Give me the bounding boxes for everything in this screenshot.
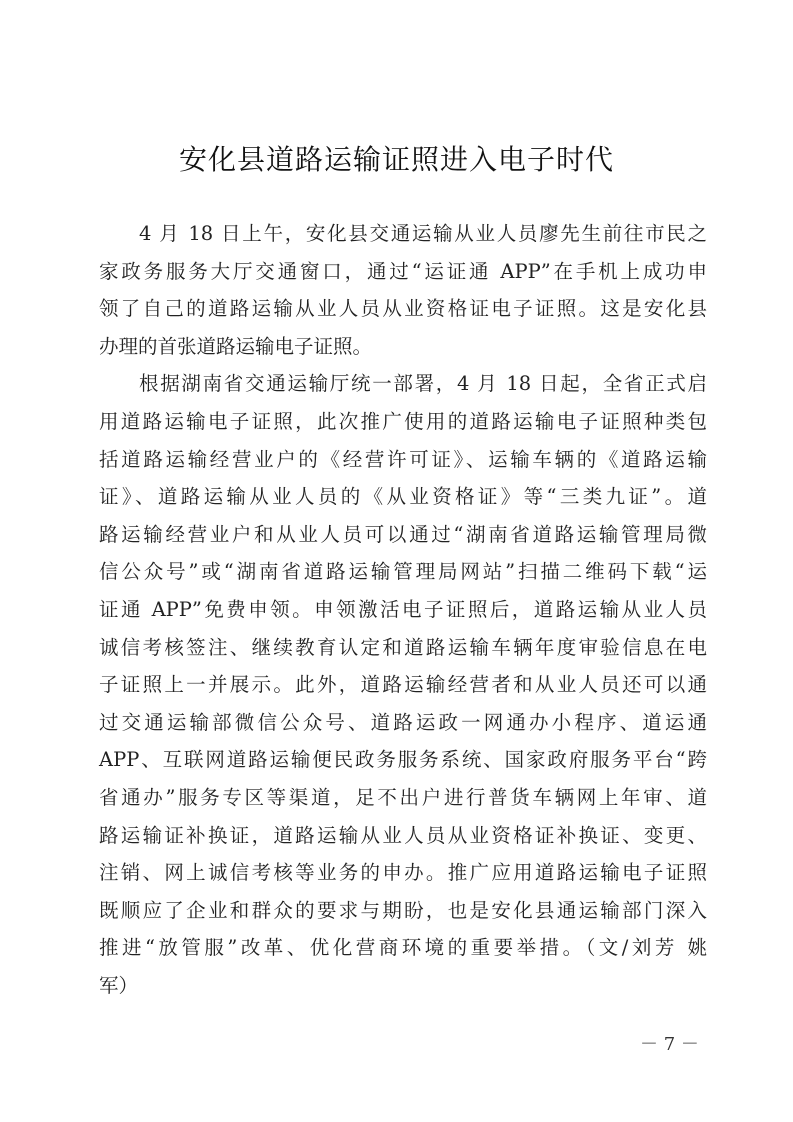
text-line: 证》、道路运输从业人员的《从业资格证》等“三类九证”。道 <box>99 478 707 516</box>
article-body: 4 月 18 日上午，安化县交通运输从业人员廖先生前往市民之 家政务服务大厅交通… <box>99 215 707 1004</box>
text-line: 路运输经营业户和从业人员可以通过“湖南省道路运输管理局微 <box>99 516 707 554</box>
text-line: 注销、网上诚信考核等业务的申办。推广应用道路运输电子证照 <box>99 854 707 892</box>
paragraph-2: 根据湖南省交通运输厅统一部署，4 月 18 日起，全省正式启 用道路运输电子证照… <box>99 365 707 1004</box>
text-line: 根据湖南省交通运输厅统一部署，4 月 18 日起，全省正式启 <box>99 365 707 403</box>
text-line: 家政务服务大厅交通窗口，通过“运证通 APP”在手机上成功申 <box>99 253 707 291</box>
text-line: 路运输证补换证，道路运输从业人员从业资格证补换证、变更、 <box>99 817 707 855</box>
text-line: 既顺应了企业和群众的要求与期盼，也是安化县通运输部门深入 <box>99 892 707 930</box>
text-line: 子证照上一并展示。此外，道路运输经营者和从业人员还可以通 <box>99 666 707 704</box>
text-line: APP、互联网道路运输便民政务服务系统、国家政府服务平台“跨 <box>99 741 707 779</box>
text-line: 省通办”服务专区等渠道，足不出户进行普货车辆网上年审、道 <box>99 779 707 817</box>
text-line: 过交通运输部微信公众号、道路运政一网通办小程序、道运通 <box>99 704 707 742</box>
text-line: 信公众号”或“湖南省道路运输管理局网站”扫描二维码下载“运 <box>99 553 707 591</box>
document-page: 安化县道路运输证照进入电子时代 4 月 18 日上午，安化县交通运输从业人员廖先… <box>0 0 793 1122</box>
text-line: 4 月 18 日上午，安化县交通运输从业人员廖先生前往市民之 <box>99 215 707 253</box>
text-line: 证通 APP”免费申领。申领激活电子证照后，道路运输从业人员 <box>99 591 707 629</box>
page-number: － 7 － <box>640 1030 699 1056</box>
article-title: 安化县道路运输证照进入电子时代 <box>0 140 793 180</box>
text-line: 诚信考核签注、继续教育认定和道路运输车辆年度审验信息在电 <box>99 629 707 667</box>
text-line: 用道路运输电子证照，此次推广使用的道路运输电子证照种类包 <box>99 403 707 441</box>
paragraph-1: 4 月 18 日上午，安化县交通运输从业人员廖先生前往市民之 家政务服务大厅交通… <box>99 215 707 365</box>
text-line: 办理的首张道路运输电子证照。 <box>99 328 707 366</box>
text-line: 军） <box>99 967 707 1005</box>
text-line: 括道路运输经营业户的《经营许可证》、运输车辆的《道路运输 <box>99 441 707 479</box>
text-line: 领了自己的道路运输从业人员从业资格证电子证照。这是安化县 <box>99 290 707 328</box>
text-line: 推进“放管服”改革、优化营商环境的重要举措。（文/刘芳 姚 <box>99 929 707 967</box>
